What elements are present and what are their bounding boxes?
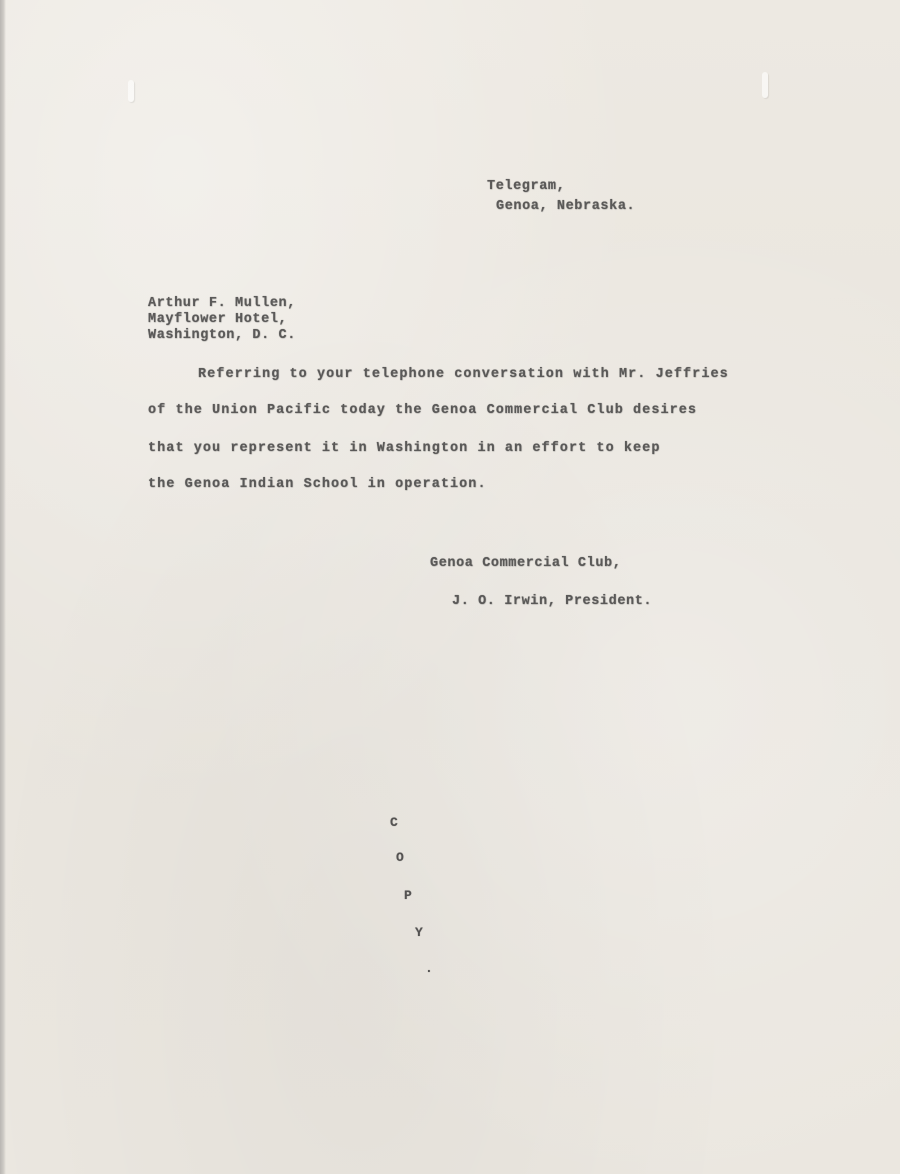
body-line: that you represent it in Washington in a… [148,442,660,456]
paper-emboss-mark [128,80,134,102]
recipient-name: Arthur F. Mullen, [148,297,296,311]
recipient-city: Washington, D. C. [148,329,296,343]
copy-letter-c: C [390,816,398,829]
signature-organization: Genoa Commercial Club, [430,557,621,571]
header-line-location: Genoa, Nebraska. [496,200,635,214]
header-line-telegram: Telegram, [487,180,565,194]
copy-letter-p: P [404,889,412,902]
body-line: the Genoa Indian School in operation. [148,478,487,492]
signature-signer: J. O. Irwin, President. [452,595,652,609]
paper-background [0,0,900,1174]
copy-letter-o: O [396,851,404,864]
body-line: Referring to your telephone conversation… [198,368,729,382]
body-line: of the Union Pacific today the Genoa Com… [148,404,697,418]
copy-letter-period: . [425,962,433,975]
paper-left-edge-shadow [0,0,6,1174]
paper-emboss-mark [762,72,768,98]
recipient-hotel: Mayflower Hotel, [148,313,287,327]
copy-letter-y: Y [415,926,423,939]
